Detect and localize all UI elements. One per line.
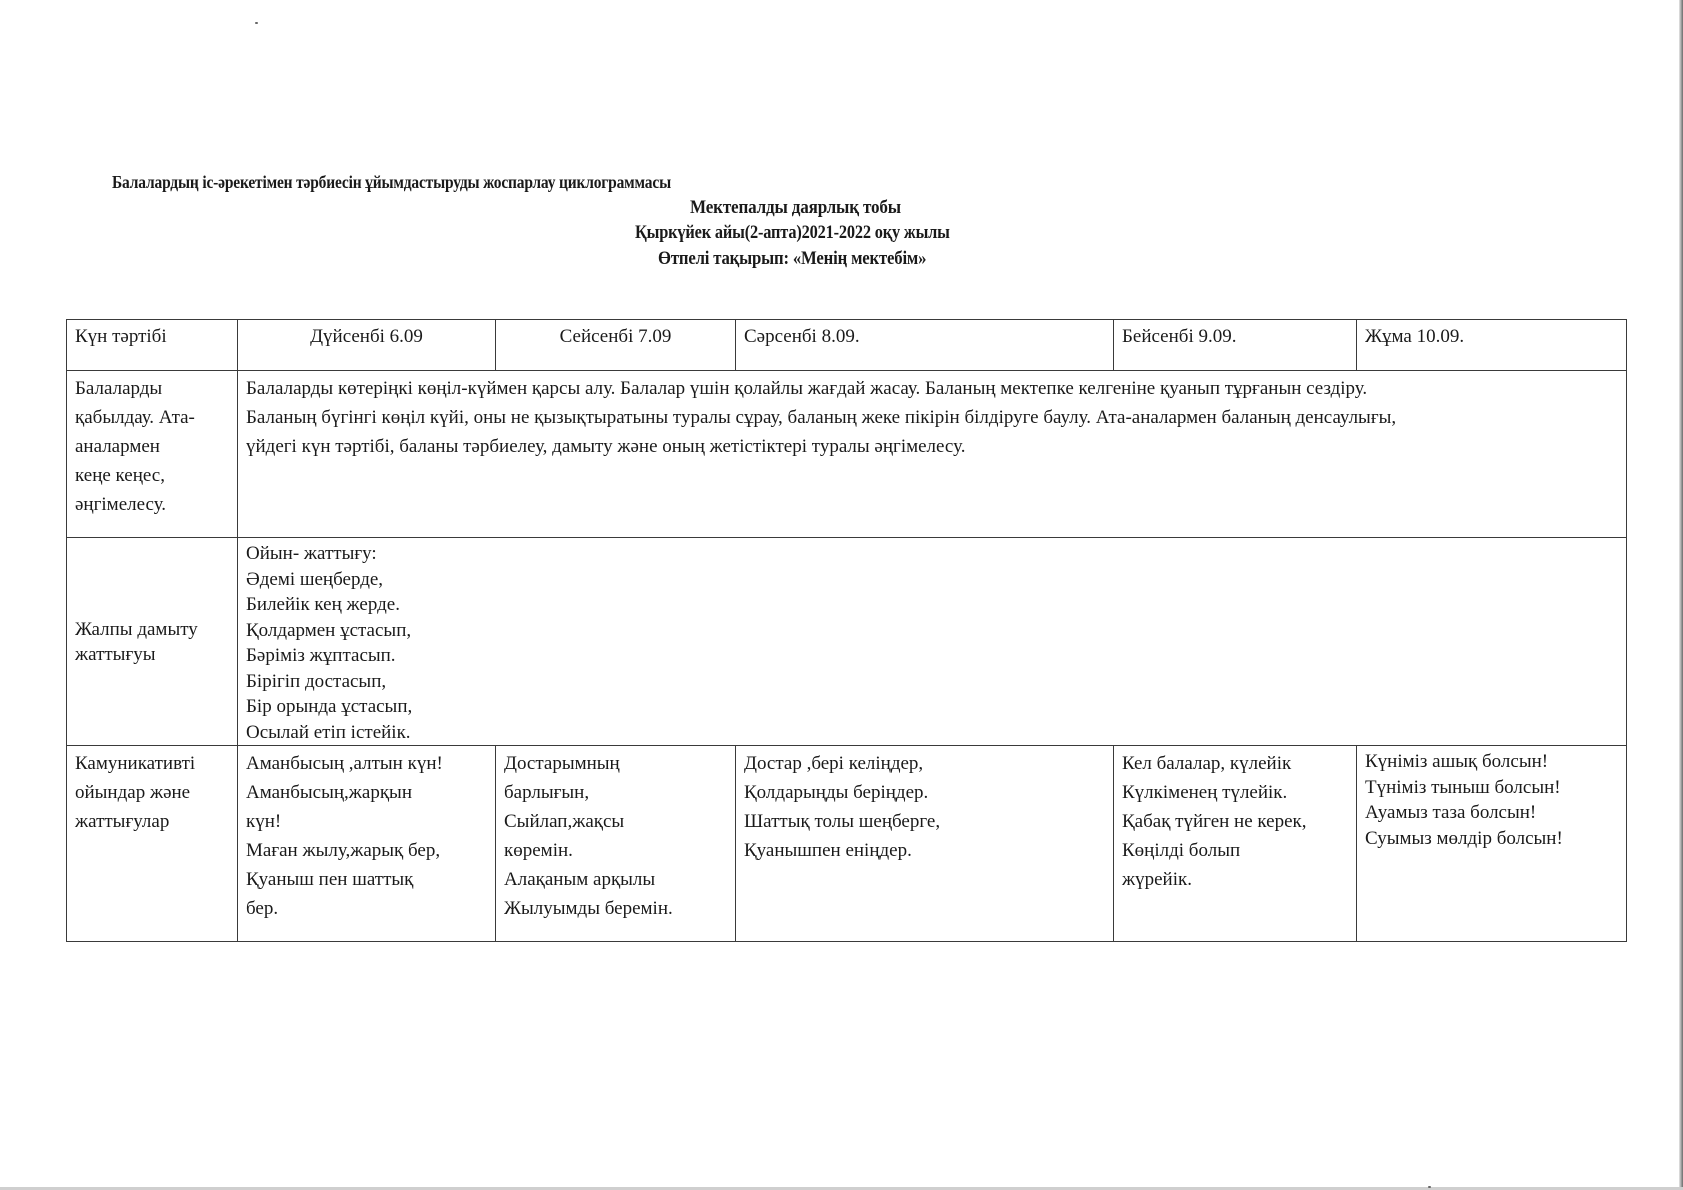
header-schedule: Күн тәртібі bbox=[67, 320, 238, 371]
document-title: Балалардың іс-әрекетімен тәрбиесін ұйымд… bbox=[112, 172, 671, 193]
period: Қыркүйек айы(2-апта)2021-2022 оқу жылы bbox=[635, 222, 950, 244]
poem-line: Осылай етіп істейік. bbox=[246, 720, 1618, 746]
poem-line: Қолдарыңды беріңдер. bbox=[744, 778, 1105, 807]
poem-line: Күлкіменең түлейік. bbox=[1122, 778, 1348, 807]
poem-line: Сыйлап,жақсы bbox=[504, 807, 727, 836]
communicative-wednesday: Достар ,бері келіңдер, Қолдарыңды беріңд… bbox=[736, 746, 1114, 942]
poem-line: Шаттық толы шеңберге, bbox=[744, 807, 1105, 836]
label-line: кеңе кеңес, bbox=[75, 461, 229, 490]
communicative-friday: Күніміз ашық болсын! Түніміз тыныш болсы… bbox=[1357, 746, 1627, 942]
header-day-wednesday: Сәрсенбі 8.09. bbox=[736, 320, 1114, 371]
table-row-exercise: Жалпы дамыту жаттығуы Ойын- жаттығу: Әде… bbox=[67, 538, 1627, 746]
label-line: жаттығуы bbox=[75, 643, 229, 668]
label-line: қабылдау. Ата- bbox=[75, 403, 229, 432]
poem-line: Жылуымды беремін. bbox=[504, 894, 727, 923]
header-day-friday: Жұма 10.09. bbox=[1357, 320, 1627, 371]
poem-line: Әдемі шеңберде, bbox=[246, 567, 1618, 593]
scan-edge-right bbox=[1679, 0, 1683, 1190]
label-line: Балаларды bbox=[75, 374, 229, 403]
poem-line: күн! bbox=[246, 807, 487, 836]
poem-line: Қолдармен ұстасып, bbox=[246, 618, 1618, 644]
cyclogram-table: Күн тәртібі Дүйсенбі 6.09 Сейсенбі 7.09 … bbox=[66, 319, 1627, 942]
poem-line: Бір орында ұстасып, bbox=[246, 694, 1618, 720]
label-line: жаттығулар bbox=[75, 807, 229, 836]
poem-line: Алақаным арқылы bbox=[504, 865, 727, 894]
poem-line: көремін. bbox=[504, 836, 727, 865]
reception-content: Балаларды көтеріңкі көңіл-күймен қарсы а… bbox=[238, 371, 1627, 538]
header-day-thursday: Бейсенбі 9.09. bbox=[1114, 320, 1357, 371]
exercise-content: Ойын- жаттығу: Әдемі шеңберде, Билейік к… bbox=[238, 538, 1627, 746]
label-line: аналармен bbox=[75, 432, 229, 461]
poem-line: Достарымның bbox=[504, 749, 727, 778]
poem-line: барлығын, bbox=[504, 778, 727, 807]
theme: Өтпелі тақырып: «Менің мектебім» bbox=[658, 248, 926, 270]
poem-line: Маған жылу,жарық бер, bbox=[246, 836, 487, 865]
table-row-reception: Балаларды қабылдау. Ата- аналармен кеңе … bbox=[67, 371, 1627, 538]
label-line: Жалпы дамыту bbox=[75, 618, 229, 643]
poem-line: Бәріміз жұптасып. bbox=[246, 643, 1618, 669]
content-line: Балаларды көтеріңкі көңіл-күймен қарсы а… bbox=[246, 374, 1618, 403]
row-label-exercise: Жалпы дамыту жаттығуы bbox=[67, 538, 238, 746]
scan-speck bbox=[1428, 1186, 1431, 1188]
poem-line: Аманбысың,жарқын bbox=[246, 778, 487, 807]
poem-line: Қуанышпен еніңдер. bbox=[744, 836, 1105, 865]
content-line: Баланың бүгінгі көңіл күйі, оны не қызық… bbox=[246, 403, 1618, 432]
communicative-tuesday: Достарымның барлығын, Сыйлап,жақсы көрем… bbox=[496, 746, 736, 942]
group-name: Мектепалды даярлық тобы bbox=[690, 197, 901, 219]
poem-line: Қуаныш пен шаттық bbox=[246, 865, 487, 894]
poem-line: Көңілді болып bbox=[1122, 836, 1348, 865]
header-row: Күн тәртібі Дүйсенбі 6.09 Сейсенбі 7.09 … bbox=[67, 320, 1627, 371]
header-day-monday: Дүйсенбі 6.09 bbox=[238, 320, 496, 371]
communicative-thursday: Кел балалар, күлейік Күлкіменең түлейік.… bbox=[1114, 746, 1357, 942]
poem-line: бер. bbox=[246, 894, 487, 923]
table-row-communicative: Камуникативті ойындар және жаттығулар Ам… bbox=[67, 746, 1627, 942]
poem-line: Достар ,бері келіңдер, bbox=[744, 749, 1105, 778]
label-line: Камуникативті bbox=[75, 749, 229, 778]
communicative-monday: Аманбысың ,алтын күн! Аманбысың,жарқын к… bbox=[238, 746, 496, 942]
poem-line: Бірігіп достасып, bbox=[246, 669, 1618, 695]
poem-line: Түніміз тыныш болсын! bbox=[1365, 775, 1618, 801]
header-day-tuesday: Сейсенбі 7.09 bbox=[496, 320, 736, 371]
poem-line: Ауамыз таза болсын! bbox=[1365, 800, 1618, 826]
row-label-communicative: Камуникативті ойындар және жаттығулар bbox=[67, 746, 238, 942]
row-label-reception: Балаларды қабылдау. Ата- аналармен кеңе … bbox=[67, 371, 238, 538]
poem-line: Билейік кең жерде. bbox=[246, 592, 1618, 618]
label-line: ойындар және bbox=[75, 778, 229, 807]
label-line: әңгімелесу. bbox=[75, 490, 229, 519]
poem-line: Күніміз ашық болсын! bbox=[1365, 749, 1618, 775]
poem-line: Қабақ түйген не керек, bbox=[1122, 807, 1348, 836]
scan-speck bbox=[255, 22, 258, 24]
poem-line: жүрейік. bbox=[1122, 865, 1348, 894]
poem-line: Аманбысың ,алтын күн! bbox=[246, 749, 487, 778]
content-line: үйдегі күн тәртібі, баланы тәрбиелеу, да… bbox=[246, 432, 1618, 461]
poem-line: Суымыз мөлдір болсын! bbox=[1365, 826, 1618, 852]
poem-line: Ойын- жаттығу: bbox=[246, 541, 1618, 567]
poem-line: Кел балалар, күлейік bbox=[1122, 749, 1348, 778]
